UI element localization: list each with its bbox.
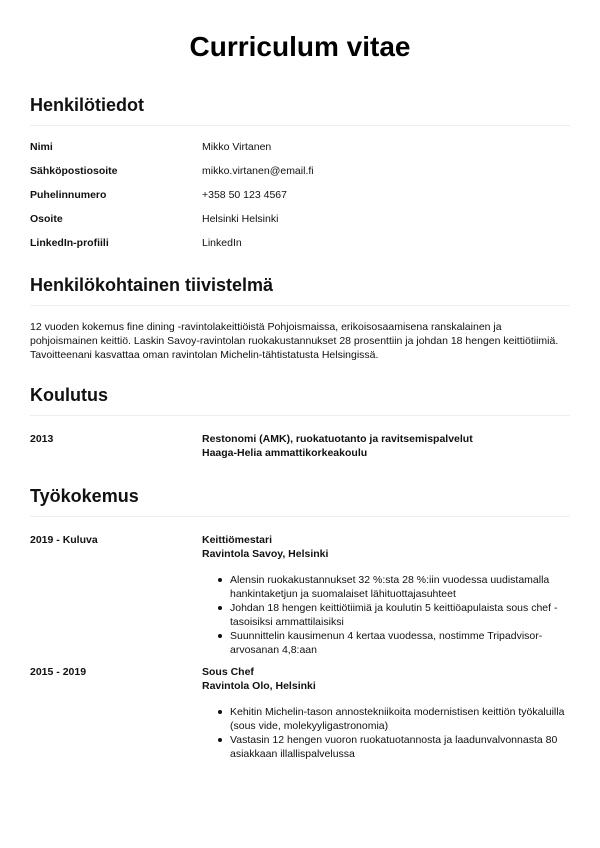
section-education: Koulutus 2013 Restonomi (AMK), ruokatuot… [30,384,570,460]
section-heading-personal: Henkilötiedot [30,94,570,116]
education-school: Haaga-Helia ammattikorkeakoulu [202,446,570,460]
info-label: Osoite [30,212,202,236]
info-label: LinkedIn-profiili [30,236,202,260]
info-row-name: Nimi Mikko Virtanen [30,140,570,164]
info-value-address: Helsinki Helsinki [202,212,570,236]
work-details: Keittiömestari Ravintola Savoy, Helsinki… [202,533,570,657]
work-date: 2019 - Kuluva [30,533,202,657]
document-title: Curriculum vitae [30,0,570,94]
info-label: Sähköpostiosoite [30,164,202,188]
section-heading-work: Työkokemus [30,485,570,507]
education-entry: 2013 Restonomi (AMK), ruokatuotanto ja r… [30,432,570,460]
summary-text: 12 vuoden kokemus fine dining -ravintola… [30,320,570,362]
info-label: Nimi [30,140,202,164]
list-item: Vastasin 12 hengen vuoron ruokatuotannos… [230,733,570,761]
section-heading-education: Koulutus [30,384,570,406]
section-work-experience: Työkokemus 2019 - Kuluva Keittiömestari … [30,485,570,761]
work-employer: Ravintola Olo, Helsinki [202,679,570,693]
work-details: Sous Chef Ravintola Olo, Helsinki Kehiti… [202,665,570,761]
section-divider [30,125,570,126]
list-item: Johdan 18 hengen keittiötiimiä ja koulut… [230,601,570,629]
list-item: Kehitin Michelin-tason annostekniikoita … [230,705,570,733]
education-date: 2013 [30,432,202,460]
info-label: Puhelinnumero [30,188,202,212]
section-personal-info: Henkilötiedot Nimi Mikko Virtanen Sähköp… [30,94,570,260]
list-item: Alensin ruokakustannukset 32 %:sta 28 %:… [230,573,570,601]
list-item: Suunnittelin kausimenun 4 kertaa vuodess… [230,629,570,657]
work-entry: 2015 - 2019 Sous Chef Ravintola Olo, Hel… [30,665,570,761]
work-title: Sous Chef [202,665,570,679]
education-details: Restonomi (AMK), ruokatuotanto ja ravits… [202,432,570,460]
work-achievements-list: Alensin ruokakustannukset 32 %:sta 28 %:… [202,573,570,657]
info-row-email: Sähköpostiosoite mikko.virtanen@email.fi [30,164,570,188]
info-row-phone: Puhelinnumero +358 50 123 4567 [30,188,570,212]
work-date: 2015 - 2019 [30,665,202,761]
info-row-address: Osoite Helsinki Helsinki [30,212,570,236]
section-summary: Henkilökohtainen tiivistelmä 12 vuoden k… [30,274,570,362]
section-divider [30,305,570,306]
info-value-phone: +358 50 123 4567 [202,188,570,212]
info-value-email: mikko.virtanen@email.fi [202,164,570,188]
info-value-name: Mikko Virtanen [202,140,570,164]
cv-page: Curriculum vitae Henkilötiedot Nimi Mikk… [0,0,600,848]
work-achievements-list: Kehitin Michelin-tason annostekniikoita … [202,705,570,761]
section-divider [30,516,570,517]
section-divider [30,415,570,416]
education-degree: Restonomi (AMK), ruokatuotanto ja ravits… [202,432,570,446]
work-entry: 2019 - Kuluva Keittiömestari Ravintola S… [30,533,570,657]
section-heading-summary: Henkilökohtainen tiivistelmä [30,274,570,296]
work-title: Keittiömestari [202,533,570,547]
info-row-linkedin: LinkedIn-profiili LinkedIn [30,236,570,260]
work-employer: Ravintola Savoy, Helsinki [202,547,570,561]
info-value-linkedin: LinkedIn [202,236,570,260]
personal-info-table: Nimi Mikko Virtanen Sähköpostiosoite mik… [30,140,570,260]
